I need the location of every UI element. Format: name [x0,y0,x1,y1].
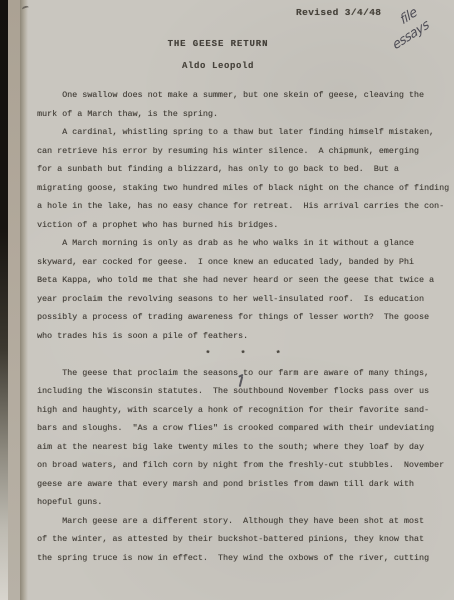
body-line: who trades his is soon a pile of feather… [37,327,451,346]
body-line: possibly a process of trading awareness … [37,308,451,327]
typescript-body: One swallow does not make a summer, but … [37,86,451,567]
body-line: can retrieve his error by resuming his w… [37,142,451,161]
body-line: A cardinal, whistling spring to a thaw b… [37,123,451,142]
section-divider: * * * [37,345,451,364]
body-line: including the Wisconsin statutes. The so… [37,382,451,401]
body-line: the spring truce is now in effect. They … [37,549,451,568]
body-line: One swallow does not make a summer, but … [37,86,451,105]
body-line: on broad waters, and filch corn by night… [37,456,451,475]
body-line: A March morning is only as drab as he wh… [37,234,451,253]
document-title: THE GEESE RETURN [130,39,306,49]
handwritten-filing-note: file essays [379,0,454,78]
body-line: hopeful guns. [37,493,451,512]
body-line: geese are aware that every marsh and pon… [37,475,451,494]
body-line: of the winter, as attested by their buck… [37,530,451,549]
body-line: high and haughty, with scarcely a honk o… [37,401,451,420]
body-line: Beta Kappa, who told me that she had nev… [37,271,451,290]
author-byline: Aldo Leopold [130,61,306,71]
body-line: a hole in the lake, has no easy chance f… [37,197,451,216]
scan-binding-edge [0,0,8,600]
body-line: aim at the nearest big lake twenty miles… [37,438,451,457]
body-line: viction of a prophet who has burned his … [37,216,451,235]
typescript-page: Revised 3/4/48 file essays THE GEESE RET… [0,0,454,600]
body-line: The geese that proclaim the seasons to o… [37,364,451,383]
body-line: bars and sloughs. "As a crow flies" is c… [37,419,451,438]
stray-pen-mark [21,5,29,12]
page-edge-shadow [20,0,28,600]
underlying-page-edge [8,0,20,600]
body-line: skyward, ear cocked for geese. I once kn… [37,253,451,272]
body-line: migrating goose, staking two hundred mil… [37,179,451,198]
body-line: year proclaim the revolving seasons to h… [37,290,451,309]
body-line: murk of a March thaw, is the spring. [37,105,451,124]
body-line: for a sunbath but finding a blizzard, ha… [37,160,451,179]
revision-note: Revised 3/4/48 [296,7,381,18]
body-line: March geese are a different story. Altho… [37,512,451,531]
